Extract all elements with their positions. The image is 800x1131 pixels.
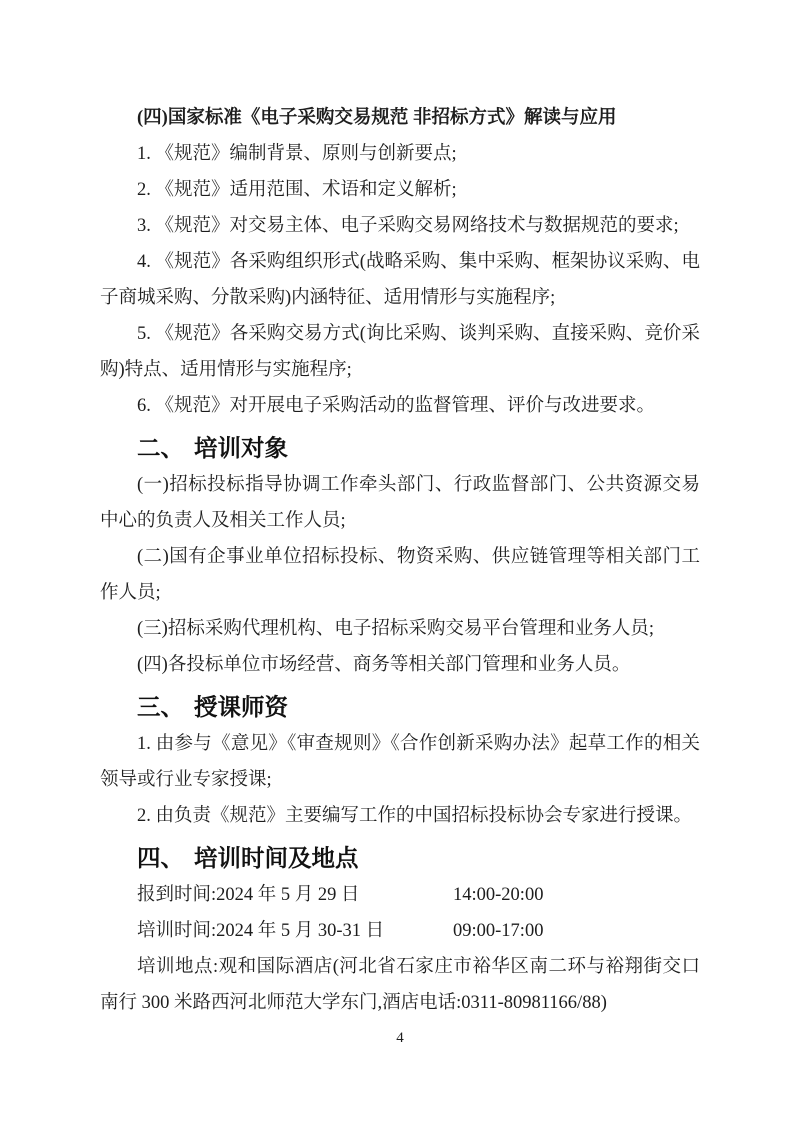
section-title: 培训对象 <box>194 435 288 461</box>
schedule-date: 2024 年 5 月 29 日 <box>216 885 359 905</box>
audience-item-2: (二)国有企事业单位招标投标、物资采购、供应链管理等相关部门工作人员; <box>100 539 700 611</box>
topic-item-1: 1. 《规范》编制背景、原则与创新要点; <box>100 136 700 172</box>
audience-item-1: (一)招标投标指导协调工作牵头部门、行政监督部门、公共资源交易中心的负责人及相关… <box>100 467 700 539</box>
schedule-time: 09:00-17:00 <box>453 913 543 949</box>
section-heading-faculty: 三、授课师资 <box>100 689 700 726</box>
schedule-row-training: 培训时间:2024 年 5 月 30-31 日09:00-17:00 <box>100 913 700 949</box>
schedule-label: 培训时间: <box>137 921 216 941</box>
document-content: (四)国家标准《电子采购交易规范 非招标方式》解读与应用 1. 《规范》编制背景… <box>100 100 700 1021</box>
schedule-date: 2024 年 5 月 30-31 日 <box>216 921 384 941</box>
schedule-label: 报到时间: <box>137 885 216 905</box>
page-number: 4 <box>0 1028 800 1048</box>
faculty-item-2: 2. 由负责《规范》主要编写工作的中国招标投标协会专家进行授课。 <box>100 798 700 834</box>
section-heading-audience: 二、培训对象 <box>100 430 700 467</box>
training-location: 培训地点:观和国际酒店(河北省石家庄市裕华区南二环与裕翔街交口南行 300 米路… <box>100 949 700 1021</box>
topic-item-2: 2. 《规范》适用范围、术语和定义解析; <box>100 172 700 208</box>
section-title: 培训时间及地点 <box>194 845 359 871</box>
topic-item-5: 5. 《规范》各采购交易方式(询比采购、谈判采购、直接采购、竞价采购)特点、适用… <box>100 316 700 388</box>
schedule-row-checkin: 报到时间:2024 年 5 月 29 日14:00-20:00 <box>100 877 700 913</box>
faculty-item-1: 1. 由参与《意见》《审查规则》《合作创新采购办法》起草工作的相关领导或行业专家… <box>100 726 700 798</box>
section-heading-time-place: 四、培训时间及地点 <box>100 840 700 877</box>
schedule-time: 14:00-20:00 <box>453 877 543 913</box>
section-number: 四、 <box>137 845 184 871</box>
topic-item-4: 4. 《规范》各采购组织形式(战略采购、集中采购、框架协议采购、电子商城采购、分… <box>100 244 700 316</box>
topic-item-6: 6. 《规范》对开展电子采购活动的监督管理、评价与改进要求。 <box>100 388 700 424</box>
section-title: 授课师资 <box>194 694 288 720</box>
document-page: (四)国家标准《电子采购交易规范 非招标方式》解读与应用 1. 《规范》编制背景… <box>0 0 800 1131</box>
topic-item-3: 3. 《规范》对交易主体、电子采购交易网络技术与数据规范的要求; <box>100 208 700 244</box>
section-number: 三、 <box>137 694 184 720</box>
subsection-heading: (四)国家标准《电子采购交易规范 非招标方式》解读与应用 <box>100 100 700 136</box>
audience-item-3: (三)招标采购代理机构、电子招标采购交易平台管理和业务人员; <box>100 611 700 647</box>
audience-item-4: (四)各投标单位市场经营、商务等相关部门管理和业务人员。 <box>100 647 700 683</box>
section-number: 二、 <box>137 435 184 461</box>
